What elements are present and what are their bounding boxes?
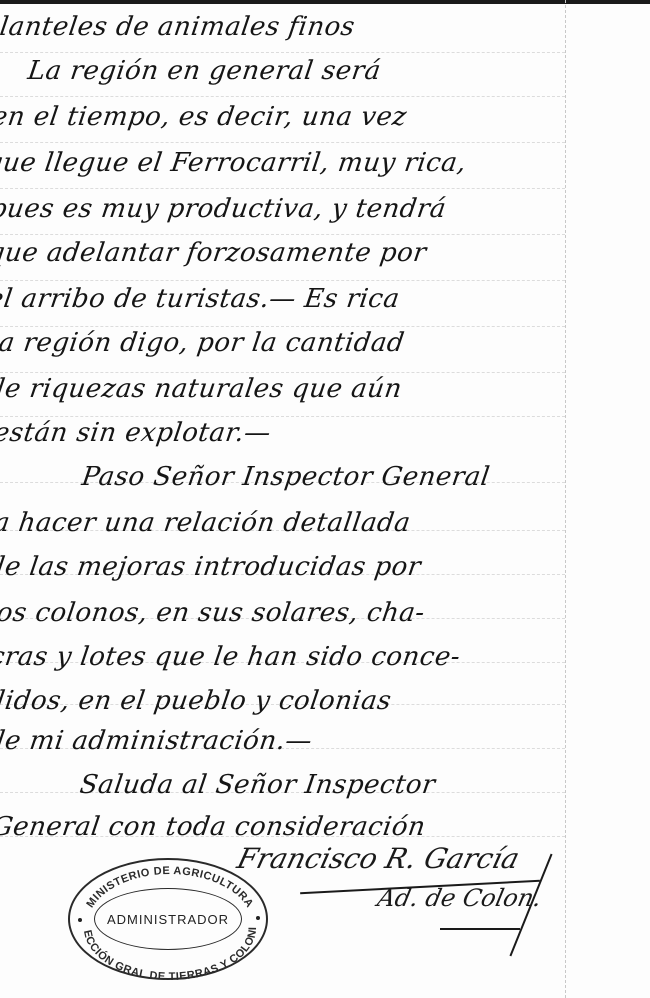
text-line: a hacer una relación detallada [0, 508, 412, 538]
ruled-line [0, 416, 565, 417]
document-page: lanteles de animales finos La región en … [0, 0, 650, 998]
text-line: cras y lotes que le han sido conce- [0, 642, 462, 672]
text-line: Saluda al Señor Inspector [78, 770, 437, 800]
text-line: lanteles de animales finos [0, 12, 357, 42]
signature-name: Francisco R. García [234, 842, 523, 875]
ruled-line [0, 372, 565, 373]
stamp-dot [78, 918, 82, 922]
ruled-line [0, 234, 565, 235]
text-line: Paso Señor Inspector General [80, 462, 492, 492]
ruled-line [0, 96, 565, 97]
stamp-inner-oval: ADMINISTRADOR [94, 888, 242, 950]
text-line: General con toda consideración [0, 812, 427, 842]
ruled-line [0, 280, 565, 281]
text-line: la región digo, por la cantidad [0, 328, 406, 358]
stamp-dot [256, 916, 260, 920]
text-line: que llegue el Ferrocarril, muy rica, [0, 148, 468, 178]
official-stamp: MINISTERIO DE AGRICULTURA DIRECCIÓN GRAL… [68, 858, 268, 980]
text-line: que adelantar forzosamente por [0, 238, 428, 268]
text-line: el arribo de turistas.— Es rica [0, 284, 402, 314]
text-line: están sin explotar.— [0, 418, 273, 448]
ruled-line [0, 142, 565, 143]
ruled-line [0, 326, 565, 327]
stamp-center-text: ADMINISTRADOR [107, 912, 229, 927]
text-line: de las mejoras introducidas por [0, 552, 423, 582]
signature-title: Ad. de Colon. [375, 884, 544, 912]
signature-title-underline [440, 928, 520, 930]
text-line: en el tiempo, es decir, una vez [0, 102, 409, 132]
text-line: didos, en el pueblo y colonias [0, 686, 393, 716]
page-top-edge [0, 0, 650, 4]
text-line: los colonos, en sus solares, cha- [0, 598, 427, 628]
right-margin-line [565, 0, 566, 998]
ruled-line [0, 52, 565, 53]
text-line: pues es muy productiva, y tendrá [0, 194, 448, 224]
ruled-line [0, 188, 565, 189]
text-line: de riquezas naturales que aún [0, 374, 404, 404]
text-line: de mi administración.— [0, 726, 314, 756]
text-line: La región en general será [26, 56, 383, 86]
